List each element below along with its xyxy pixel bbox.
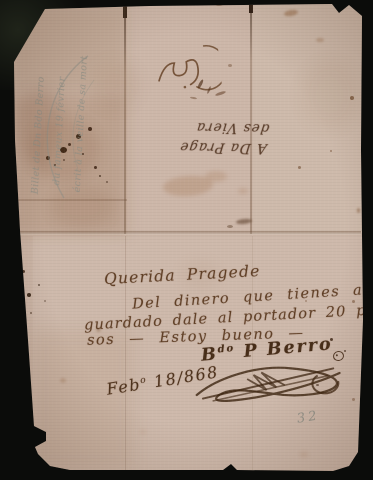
letter-paper: Billet de Dn Bdo Berro du fameux 19 févr… [0, 0, 373, 480]
stain [17, 306, 20, 309]
photo-background: Billet de Dn Bdo Berro du fameux 19 févr… [0, 0, 373, 480]
paper-vignette [0, 0, 373, 480]
